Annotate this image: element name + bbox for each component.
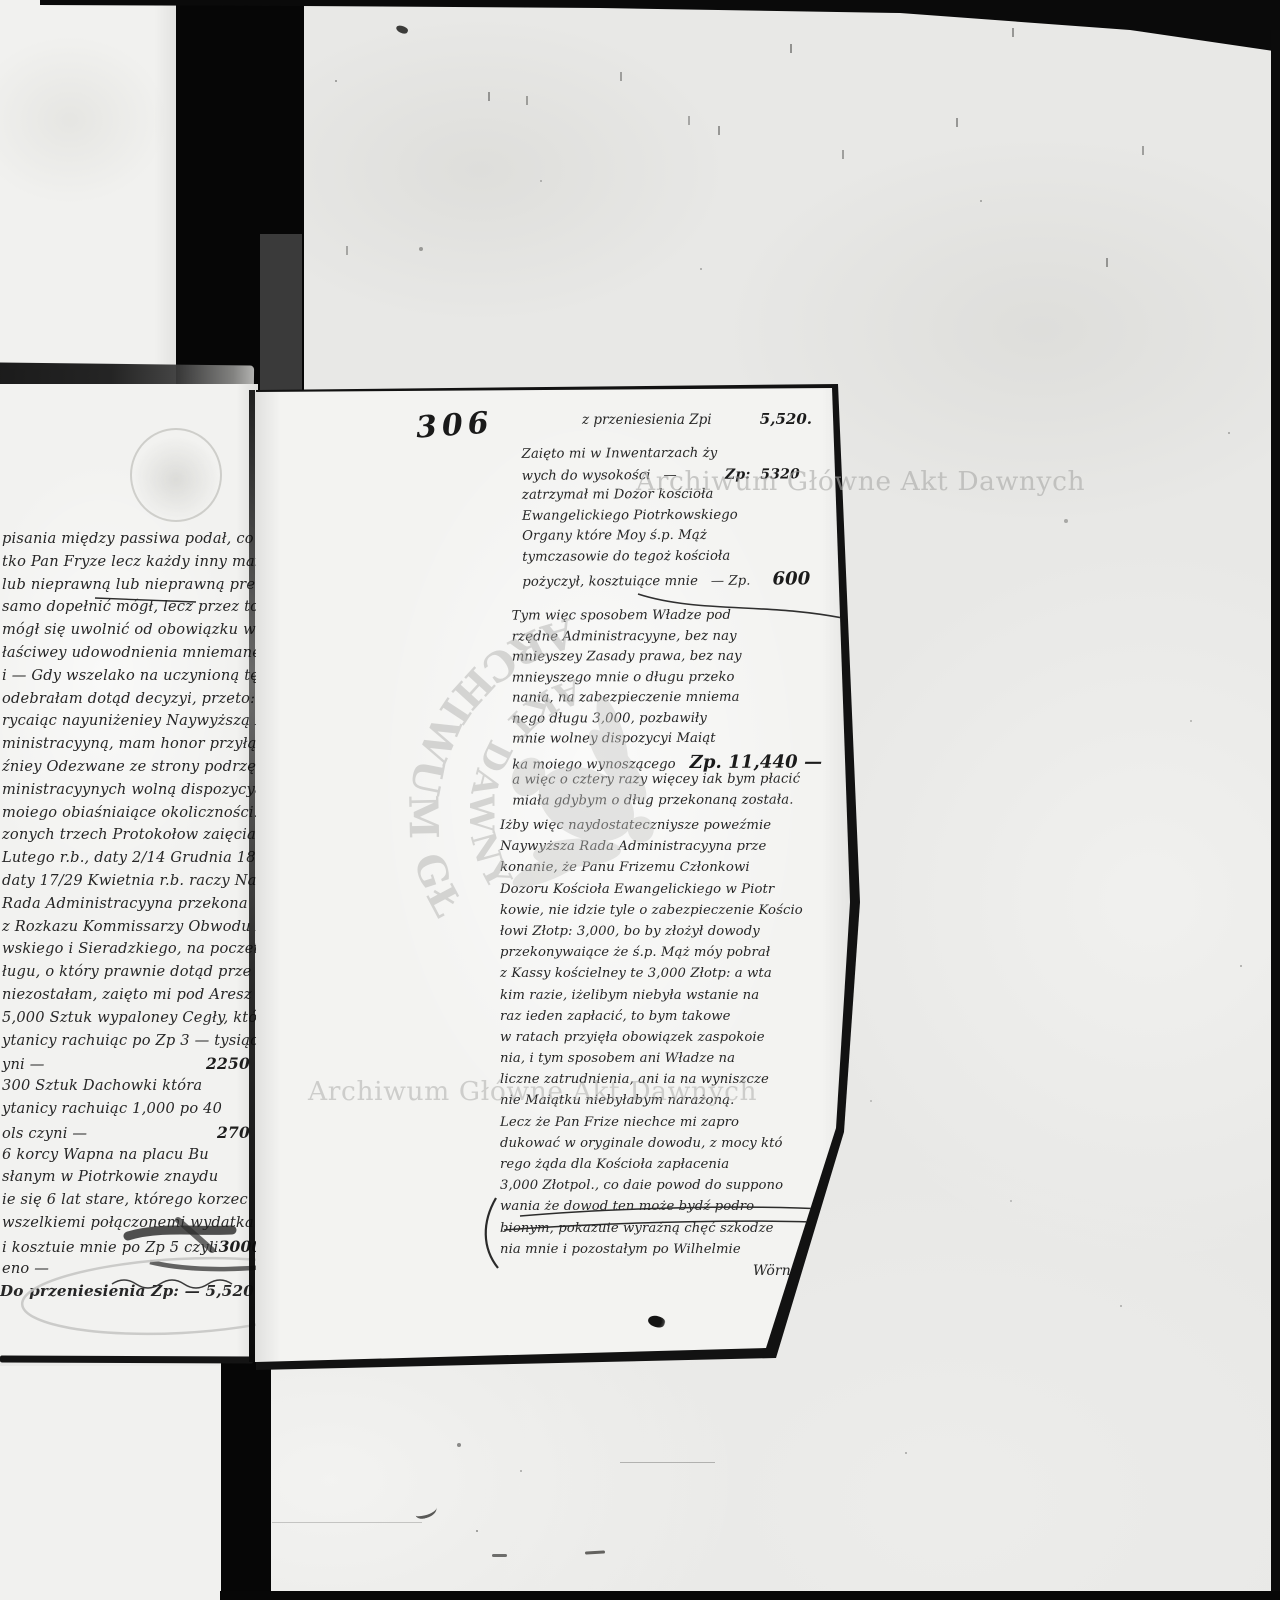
ink-curl bbox=[395, 24, 409, 35]
left-page-ink-strokes bbox=[0, 384, 258, 1362]
seal-outer-text: ARCHIWUM GŁÓWNE bbox=[344, 458, 1013, 1105]
ink-smudge bbox=[128, 1230, 232, 1236]
left-page-bottom-edge bbox=[0, 1355, 253, 1363]
underline-stroke bbox=[95, 598, 196, 602]
emphasis-underline bbox=[520, 1207, 842, 1216]
ink-dash bbox=[492, 1554, 507, 1557]
wavy-rule bbox=[112, 1280, 232, 1288]
ink-squiggle bbox=[414, 1503, 438, 1521]
black-gap-bottom bbox=[221, 1361, 271, 1600]
archival-scan: pisania między passiwa podał, co tko Pan… bbox=[0, 0, 1280, 1600]
shadowed-page-edge bbox=[260, 234, 302, 393]
ink-smudge bbox=[178, 1220, 212, 1250]
seal-eagle-emblem bbox=[467, 670, 700, 936]
top-left-blank-sheet bbox=[0, 0, 180, 369]
bottom-left-sheet bbox=[0, 1366, 221, 1600]
emphasis-underline bbox=[504, 1221, 850, 1230]
scan-right-edge bbox=[1271, 30, 1280, 1600]
archive-watermark-text: Archiwum Główne Akt Dawnych bbox=[636, 466, 1085, 497]
seal-inner-text: AKT DAWNYCH bbox=[421, 491, 1004, 1057]
margin-bracket bbox=[486, 1198, 498, 1268]
page-gutter-shadow bbox=[249, 390, 255, 1362]
left-page: pisania między passiwa podał, co tko Pan… bbox=[0, 384, 258, 1362]
ink-dash bbox=[585, 1550, 605, 1554]
scan-bottom-edge bbox=[220, 1591, 1280, 1600]
svg-text:ARCHIWUM GŁÓWNE: ARCHIWUM GŁÓWNE bbox=[344, 458, 1013, 1105]
svg-text:AKT DAWNYCH: AKT DAWNYCH bbox=[421, 491, 1004, 1057]
paper-crease bbox=[272, 1522, 422, 1523]
paper-crease bbox=[620, 1462, 715, 1463]
